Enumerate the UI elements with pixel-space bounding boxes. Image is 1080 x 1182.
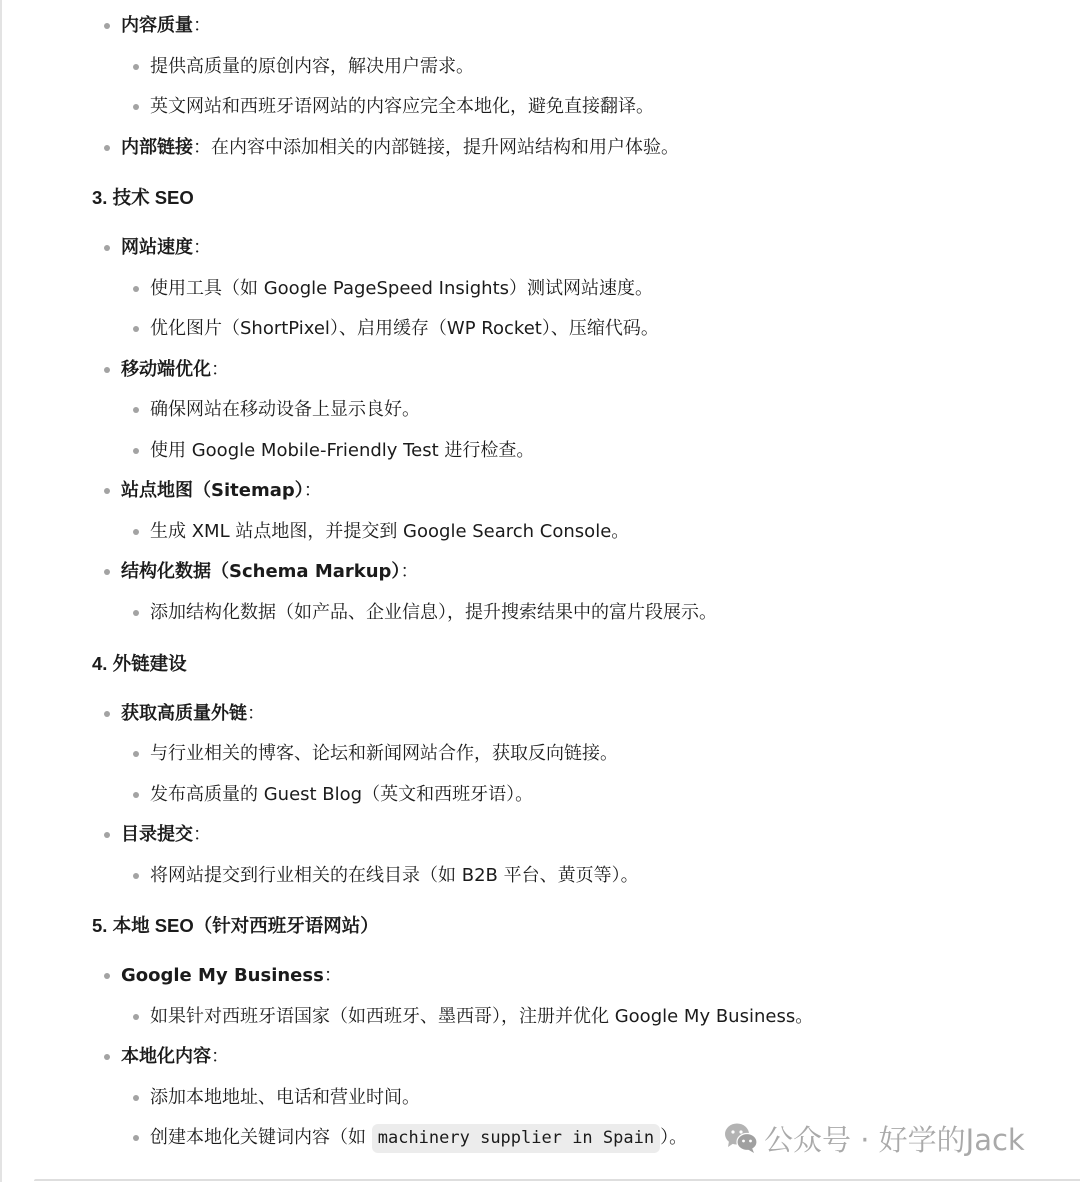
item-text: 使用 Google Mobile-Friendly Test 进行检查。: [150, 440, 534, 461]
sub-list-item: 优化图片（ShortPixel）、启用缓存（WP Rocket）、压缩代码。: [150, 317, 659, 341]
item-text: 英文网站和西班牙语网站的内容应完全本地化，避免直接翻译。: [150, 96, 654, 117]
sub-list-item: 英文网站和西班牙语网站的内容应完全本地化，避免直接翻译。: [150, 95, 654, 119]
bullet-icon: [104, 832, 110, 838]
bullet-icon: [104, 973, 110, 979]
item-text: 在内容中添加相关的内部链接，提升网站结构和用户体验。: [211, 137, 679, 158]
bullet-icon: [133, 286, 139, 292]
list-item: 获取高质量外链：: [121, 702, 265, 726]
sub-list-item: 添加本地地址、电话和营业时间。: [150, 1086, 420, 1110]
bullet-icon: [104, 367, 110, 373]
label-separator: ：: [324, 965, 342, 986]
sub-list-item: 确保网站在移动设备上显示良好。: [150, 398, 420, 422]
bullet-icon: [104, 245, 110, 251]
item-text: 优化图片（ShortPixel）、启用缓存（WP Rocket）、压缩代码。: [150, 318, 659, 339]
sub-list-item: 与行业相关的博客、论坛和新闻网站合作，获取反向链接。: [150, 742, 618, 766]
document-page: 内容质量：提供高质量的原创内容，解决用户需求。英文网站和西班牙语网站的内容应完全…: [0, 0, 1080, 1182]
list-item: 内容质量：: [121, 14, 211, 38]
item-text-prefix: 创建本地化关键词内容（如: [150, 1127, 372, 1148]
sub-list-item: 将网站提交到行业相关的在线目录（如 B2B 平台、黄页等）。: [150, 864, 639, 888]
label-separator: ：: [211, 1046, 229, 1067]
watermark-text: 公众号 · 好学的Jack: [764, 1118, 1025, 1159]
item-label: 站点地图（Sitemap）: [121, 480, 304, 501]
bullet-icon: [133, 448, 139, 454]
watermark: 公众号 · 好学的Jack: [724, 1120, 1025, 1156]
bullet-icon: [133, 407, 139, 413]
sub-list-item: 使用 Google Mobile-Friendly Test 进行检查。: [150, 439, 534, 463]
item-text: 提供高质量的原创内容，解决用户需求。: [150, 56, 474, 77]
item-label: 获取高质量外链: [121, 703, 247, 724]
bullet-icon: [133, 326, 139, 332]
label-separator: ：: [247, 703, 265, 724]
list-item: Google My Business：: [121, 964, 342, 988]
bullet-icon: [133, 1014, 139, 1020]
item-text: 确保网站在移动设备上显示良好。: [150, 399, 420, 420]
label-separator: ：: [193, 237, 211, 258]
bullet-icon: [133, 1095, 139, 1101]
item-label: 网站速度: [121, 237, 193, 258]
inline-code: machinery supplier in Spain: [372, 1124, 660, 1153]
label-separator: ：: [211, 359, 229, 380]
bullet-icon: [104, 488, 110, 494]
sub-list-item: 提供高质量的原创内容，解决用户需求。: [150, 55, 474, 79]
bullet-icon: [133, 751, 139, 757]
sub-list-item: 如果针对西班牙语国家（如西班牙、墨西哥），注册并优化 Google My Bus…: [150, 1005, 813, 1029]
item-text-suffix: ）。: [660, 1127, 687, 1148]
sub-list-item: 发布高质量的 Guest Blog（英文和西班牙语）。: [150, 783, 533, 807]
left-border: [0, 0, 2, 1182]
bottom-divider: [34, 1179, 1080, 1181]
bullet-icon: [133, 64, 139, 70]
label-separator: ：: [193, 15, 211, 36]
item-label: 结构化数据（Schema Markup）: [121, 561, 400, 582]
sub-list-item: 使用工具（如 Google PageSpeed Insights）测试网站速度。: [150, 277, 653, 301]
sub-list-item: 添加结构化数据（如产品、企业信息），提升搜索结果中的富片段展示。: [150, 601, 717, 625]
item-text: 与行业相关的博客、论坛和新闻网站合作，获取反向链接。: [150, 743, 618, 764]
list-item: 内部链接：在内容中添加相关的内部链接，提升网站结构和用户体验。: [121, 136, 679, 160]
item-label: 内部链接: [121, 137, 193, 158]
bullet-icon: [104, 145, 110, 151]
bullet-icon: [133, 610, 139, 616]
list-item: 目录提交：: [121, 823, 211, 847]
list-item: 结构化数据（Schema Markup）：: [121, 560, 418, 584]
label-separator: ：: [193, 137, 211, 158]
item-text: 发布高质量的 Guest Blog（英文和西班牙语）。: [150, 784, 533, 805]
item-label: Google My Business: [121, 965, 324, 986]
bullet-icon: [133, 529, 139, 535]
item-text: 如果针对西班牙语国家（如西班牙、墨西哥），注册并优化 Google My Bus…: [150, 1006, 813, 1027]
item-text: 生成 XML 站点地图，并提交到 Google Search Console。: [150, 521, 629, 542]
item-text: 使用工具（如 Google PageSpeed Insights）测试网站速度。: [150, 278, 653, 299]
section-heading: 5. 本地 SEO（针对西班牙语网站）: [92, 914, 379, 938]
item-label: 移动端优化: [121, 359, 211, 380]
bullet-icon: [133, 104, 139, 110]
label-separator: ：: [193, 824, 211, 845]
item-label: 本地化内容: [121, 1046, 211, 1067]
bullet-icon: [104, 23, 110, 29]
label-separator: ：: [400, 561, 418, 582]
section-heading: 4. 外链建设: [92, 652, 187, 676]
bullet-icon: [133, 792, 139, 798]
list-item: 站点地图（Sitemap）：: [121, 479, 322, 503]
bullet-icon: [133, 873, 139, 879]
bullet-icon: [104, 711, 110, 717]
list-item: 移动端优化：: [121, 358, 229, 382]
item-text: 添加结构化数据（如产品、企业信息），提升搜索结果中的富片段展示。: [150, 602, 717, 623]
section-heading: 3. 技术 SEO: [92, 186, 194, 210]
item-text: 添加本地地址、电话和营业时间。: [150, 1087, 420, 1108]
item-label: 目录提交: [121, 824, 193, 845]
bullet-icon: [104, 569, 110, 575]
item-text: 将网站提交到行业相关的在线目录（如 B2B 平台、黄页等）。: [150, 865, 639, 886]
list-item-localized-keywords: 创建本地化关键词内容（如 machinery supplier in Spain…: [150, 1126, 687, 1150]
bullet-icon: [133, 1135, 139, 1141]
list-item: 网站速度：: [121, 236, 211, 260]
item-label: 内容质量: [121, 15, 193, 36]
bullet-icon: [104, 1054, 110, 1060]
label-separator: ：: [304, 480, 322, 501]
list-item: 本地化内容：: [121, 1045, 229, 1069]
wechat-icon: [724, 1122, 758, 1154]
sub-list-item: 生成 XML 站点地图，并提交到 Google Search Console。: [150, 520, 629, 544]
